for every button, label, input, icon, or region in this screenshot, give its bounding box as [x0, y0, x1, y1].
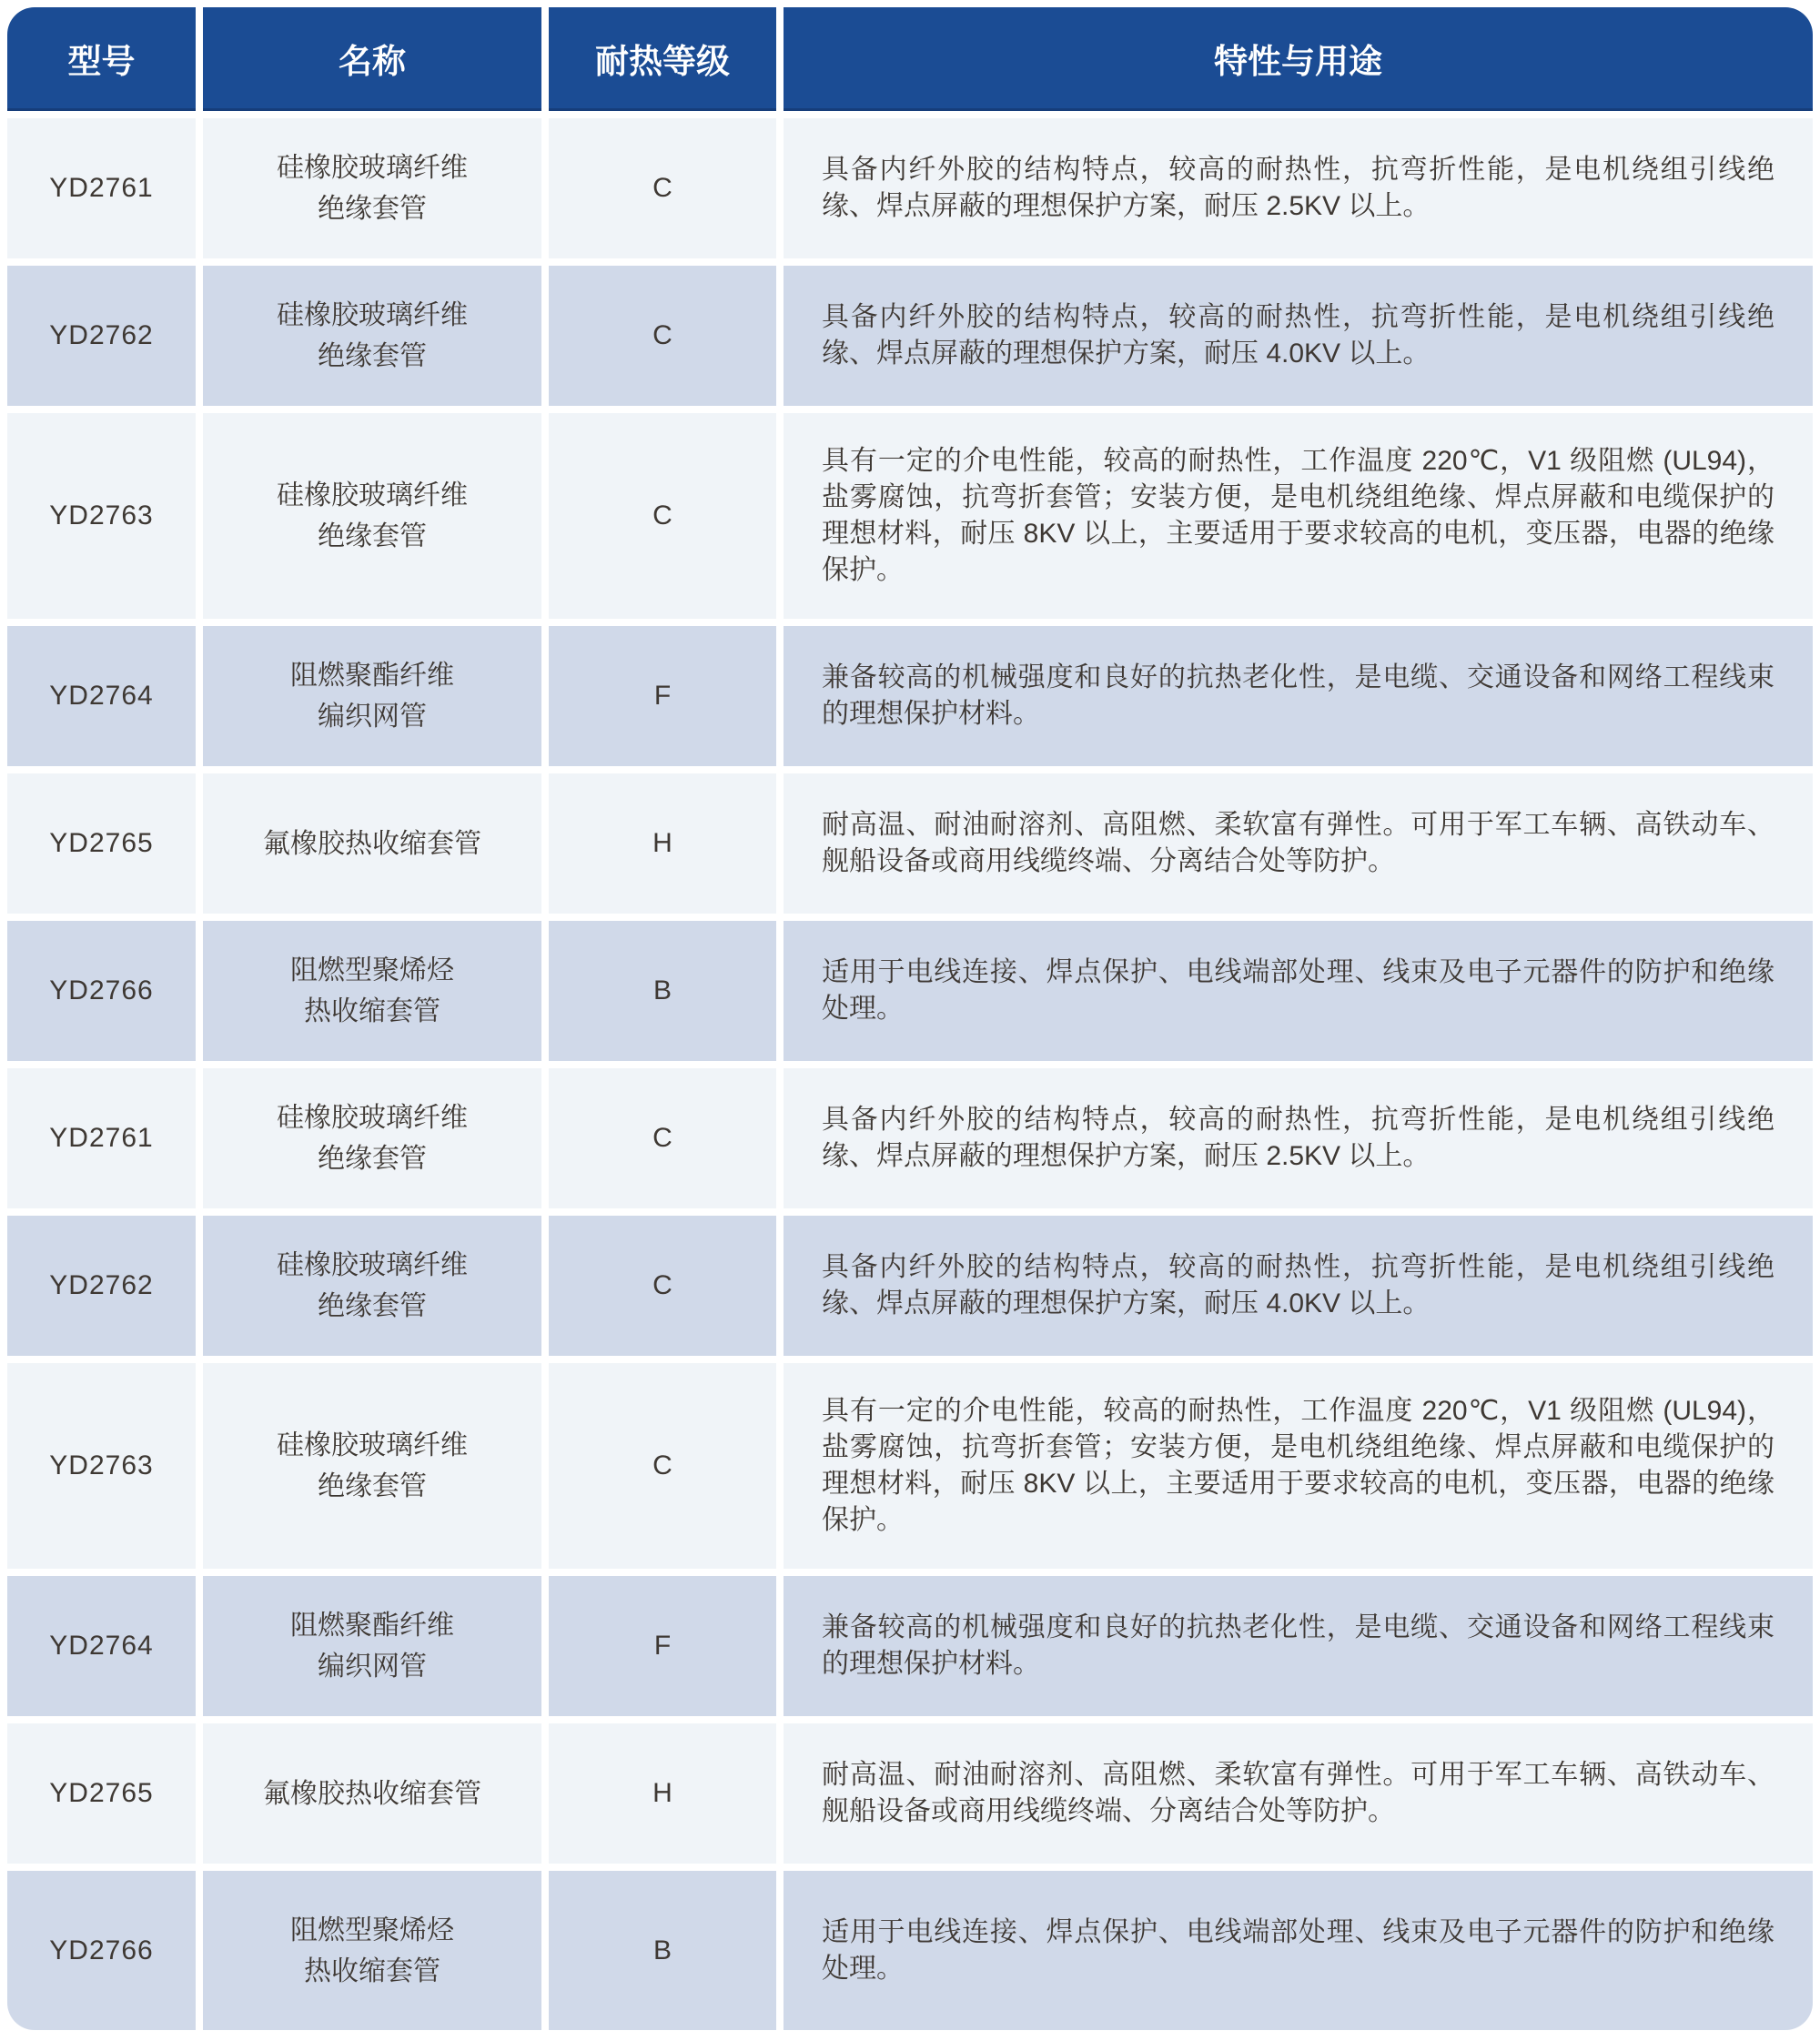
model-cell: YD2761: [7, 118, 196, 258]
grade-cell: F: [549, 1576, 776, 1716]
header-grade: 耐热等级: [549, 7, 776, 111]
name-cell: 硅橡胶玻璃纤维 绝缘套管: [203, 413, 541, 619]
grade-cell: C: [549, 118, 776, 258]
model-cell: YD2766: [7, 921, 196, 1061]
model-cell: YD2762: [7, 1216, 196, 1356]
header-model: 型号: [7, 7, 196, 111]
model-cell: YD2763: [7, 413, 196, 619]
name-cell: 阻燃聚酯纤维 编织网管: [203, 626, 541, 766]
model-cell: YD2765: [7, 1723, 196, 1864]
name-cell: 硅橡胶玻璃纤维 绝缘套管: [203, 1216, 541, 1356]
features-cell: 适用于电线连接、焊点保护、电线端部处理、线束及电子元器件的防护和绝缘处理。: [784, 1871, 1813, 2030]
model-cell: YD2763: [7, 1363, 196, 1569]
model-cell: YD2762: [7, 266, 196, 406]
grade-cell: H: [549, 1723, 776, 1864]
grade-cell: C: [549, 1363, 776, 1569]
grade-cell: C: [549, 1068, 776, 1208]
features-cell: 具备内纤外胶的结构特点，较高的耐热性，抗弯折性能，是电机绕组引线绝缘、焊点屏蔽的…: [784, 266, 1813, 406]
grade-cell: H: [549, 773, 776, 914]
grade-cell: C: [549, 266, 776, 406]
features-cell: 具备内纤外胶的结构特点，较高的耐热性，抗弯折性能，是电机绕组引线绝缘、焊点屏蔽的…: [784, 118, 1813, 258]
grade-cell: B: [549, 921, 776, 1061]
name-cell: 氟橡胶热收缩套管: [203, 773, 541, 914]
features-cell: 耐高温、耐油耐溶剂、高阻燃、柔软富有弹性。可用于军工车辆、高铁动车、舰船设备或商…: [784, 773, 1813, 914]
features-cell: 适用于电线连接、焊点保护、电线端部处理、线束及电子元器件的防护和绝缘处理。: [784, 921, 1813, 1061]
features-cell: 具有一定的介电性能，较高的耐热性，工作温度 220℃，V1 级阻燃 (UL94)…: [784, 1363, 1813, 1569]
header-features: 特性与用途: [784, 7, 1813, 111]
features-cell: 具备内纤外胶的结构特点，较高的耐热性，抗弯折性能，是电机绕组引线绝缘、焊点屏蔽的…: [784, 1216, 1813, 1356]
name-cell: 硅橡胶玻璃纤维 绝缘套管: [203, 1068, 541, 1208]
model-cell: YD2764: [7, 1576, 196, 1716]
features-cell: 具有一定的介电性能，较高的耐热性，工作温度 220℃，V1 级阻燃 (UL94)…: [784, 413, 1813, 619]
name-cell: 阻燃型聚烯烃 热收缩套管: [203, 1871, 541, 2030]
product-spec-table: 型号 名称 耐热等级 特性与用途 YD2761 硅橡胶玻璃纤维 绝缘套管 C 具…: [0, 0, 1820, 2041]
model-cell: YD2766: [7, 1871, 196, 2030]
features-cell: 耐高温、耐油耐溶剂、高阻燃、柔软富有弹性。可用于军工车辆、高铁动车、舰船设备或商…: [784, 1723, 1813, 1864]
features-cell: 具备内纤外胶的结构特点，较高的耐热性，抗弯折性能，是电机绕组引线绝缘、焊点屏蔽的…: [784, 1068, 1813, 1208]
model-cell: YD2765: [7, 773, 196, 914]
features-cell: 兼备较高的机械强度和良好的抗热老化性，是电缆、交通设备和网络工程线束的理想保护材…: [784, 1576, 1813, 1716]
grade-cell: B: [549, 1871, 776, 2030]
name-cell: 硅橡胶玻璃纤维 绝缘套管: [203, 118, 541, 258]
grade-cell: C: [549, 1216, 776, 1356]
header-name: 名称: [203, 7, 541, 111]
name-cell: 硅橡胶玻璃纤维 绝缘套管: [203, 1363, 541, 1569]
grade-cell: F: [549, 626, 776, 766]
name-cell: 硅橡胶玻璃纤维 绝缘套管: [203, 266, 541, 406]
model-cell: YD2761: [7, 1068, 196, 1208]
name-cell: 阻燃聚酯纤维 编织网管: [203, 1576, 541, 1716]
name-cell: 阻燃型聚烯烃 热收缩套管: [203, 921, 541, 1061]
model-cell: YD2764: [7, 626, 196, 766]
grade-cell: C: [549, 413, 776, 619]
features-cell: 兼备较高的机械强度和良好的抗热老化性，是电缆、交通设备和网络工程线束的理想保护材…: [784, 626, 1813, 766]
name-cell: 氟橡胶热收缩套管: [203, 1723, 541, 1864]
